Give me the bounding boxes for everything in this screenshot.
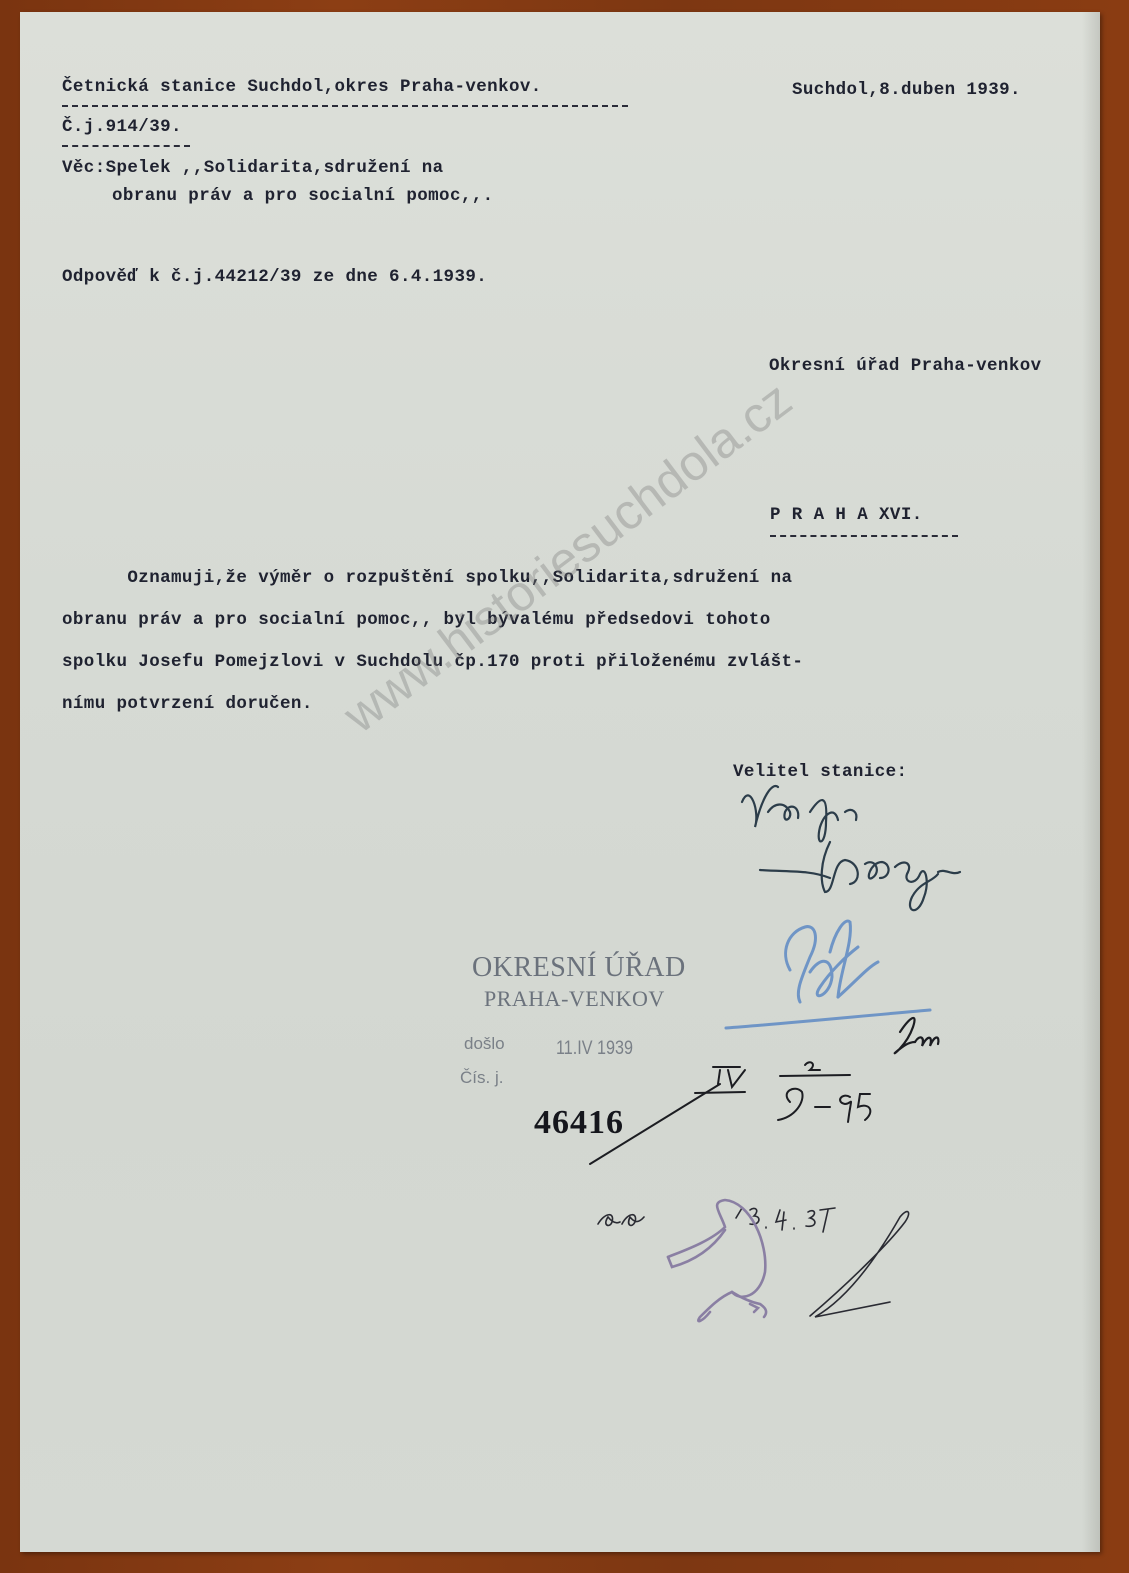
body-line: nímu potvrzení doručen. — [62, 694, 1082, 736]
signature-label: Velitel stanice: — [733, 764, 907, 782]
recipient-city: P R A H A XVI. — [770, 507, 923, 525]
blue-pencil-mark-icon — [726, 921, 930, 1028]
document-date: Suchdol,8.duben 1939. — [792, 82, 1021, 100]
body-line: spolku Josefu Pomejzlovi v Suchdolu čp.1… — [62, 652, 1082, 694]
subject-line-2: obranu práv a pro socialní pomoc,,. — [112, 188, 494, 206]
stamp-title: OKRESNÍ ÚŘAD — [472, 952, 686, 984]
reference-divider — [62, 145, 190, 147]
reply-reference: Odpověď k č.j.44212/39 ze dne 6.4.1939. — [62, 269, 487, 287]
handwritten-annotations — [20, 12, 1100, 1552]
sender-header: Četnická stanice Suchdol,okres Praha-ven… — [62, 79, 542, 97]
registration-number: 46416 — [534, 1104, 624, 1142]
stamp-received-label: došlo — [464, 1034, 505, 1054]
subject-line-1: Věc:Spelek ,,Solidarita,sdružení na — [62, 160, 444, 178]
letter-body: Oznamuji,že výměr o rozpuštění spolku,,S… — [62, 568, 1082, 736]
handwritten-date-icon — [598, 1208, 909, 1317]
stamp-number-label: Čís. j. — [460, 1068, 503, 1088]
body-line: obranu práv a pro socialní pomoc,, byl b… — [62, 610, 1082, 652]
initials-icon — [895, 1018, 939, 1053]
header-divider — [62, 105, 628, 107]
document-page: Četnická stanice Suchdol,okres Praha-ven… — [20, 12, 1100, 1552]
recipient-divider — [770, 535, 958, 537]
stamp-subtitle: PRAHA-VENKOV — [484, 986, 665, 1012]
recipient-office: Okresní úřad Praha-venkov — [769, 358, 1042, 376]
purple-signature-icon — [668, 1200, 766, 1321]
reference-number: Č.j.914/39. — [62, 119, 182, 137]
file-code-icon — [590, 1062, 870, 1164]
stamp-received-date: 11.IV 1939 — [556, 1038, 633, 1060]
signature-icon — [742, 786, 960, 910]
